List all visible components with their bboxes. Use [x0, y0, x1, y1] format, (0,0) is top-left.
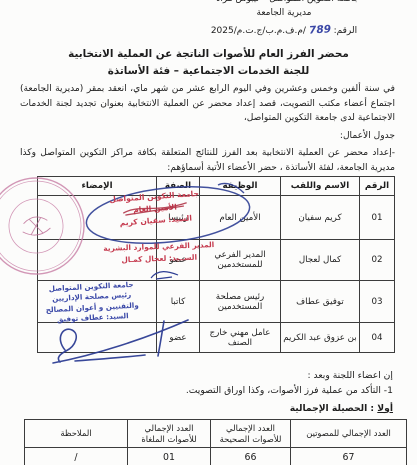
col-header-remark: الملاحظة [25, 420, 128, 448]
member-name: كريم سفيان [281, 196, 360, 240]
member-function: رئيس مصلحة المستخدمين [200, 281, 281, 323]
ref-suffix: /م.ف.م.ب/ج.ت.م/2025 [211, 26, 306, 36]
member-signature-cell [38, 196, 157, 240]
member-signature-cell [38, 323, 157, 353]
member-name: كمال لعجال [281, 240, 360, 281]
member-capacity: عضو [157, 240, 200, 281]
committee-line: إن اعضاء اللجنة وبعد : [24, 369, 393, 383]
member-function: المدير الفرعي للمستخدمين [200, 240, 281, 281]
table-row: 02 كمال لعجال المدير الفرعي للمستخدمين ع… [38, 240, 395, 281]
members-table: الرقم الاسم واللقب الوظيفة الصفة الإمضاء… [37, 176, 395, 353]
header-directorate-line: مديرية الجامعة [165, 7, 403, 21]
member-name: توفيق عطاف [281, 281, 360, 323]
col-header-valid-votes: العدد الإجمالي للأصوات الصحيحة [211, 420, 291, 448]
verification-item: 1- التأكد من عملية فرز الأصوات، وكذا اور… [24, 384, 393, 398]
header-org-line: جامعة التكوين المتواصل – تيبوس مراد – [165, 0, 403, 7]
member-number: 01 [360, 196, 395, 240]
table-row: 04 بن عزوق عبد الكريم عامل مهني خارج الص… [38, 323, 395, 353]
section-label: أولا [377, 403, 393, 414]
body-text: في سنة ألفين وخمس وعشرين وفي اليوم الراب… [20, 82, 395, 175]
section-rest: : الحصيلة الإجمالية [290, 403, 378, 414]
member-signature-cell [38, 240, 157, 281]
col-header-signature: الإمضاء [38, 177, 157, 196]
col-header-capacity: الصفة [157, 177, 200, 196]
section-heading: أولا : الحصيلة الإجمالية [24, 402, 393, 416]
handwritten-ref-number: 789 [308, 21, 332, 38]
totals-table: العدد الإجمالي للمصوتين العدد الإجمالي ل… [24, 419, 407, 465]
scanned-document-page: جامعة التكوين المتواصل – تيبوس مراد – مد… [0, 0, 417, 465]
member-number: 02 [360, 240, 395, 281]
title-line-1: محضر الفرز العام للأصوات الناتجة عن العم… [0, 46, 417, 63]
member-signature-cell [38, 281, 157, 323]
member-capacity: رئيسا [157, 196, 200, 240]
members-table-header-row: الرقم الاسم واللقب الوظيفة الصفة الإمضاء [38, 177, 395, 196]
col-header-function: الوظيفة [200, 177, 281, 196]
ref-label: الرقم: [334, 26, 358, 36]
after-table-text: إن اعضاء اللجنة وبعد : 1- التأكد من عملي… [24, 369, 393, 416]
col-header-name: الاسم واللقب [281, 177, 360, 196]
title-line-2: للجنة الخدمات الاجتماعية – فئة الأساتذة [0, 63, 417, 80]
col-header-number: الرقم [360, 177, 395, 196]
table-row: 01 كريم سفيان الأمين العام رئيسا [38, 196, 395, 240]
total-voters-value: 67 [291, 448, 407, 465]
member-name: بن عزوق عبد الكريم [281, 323, 360, 353]
table-row: 03 توفيق عطاف رئيس مصلحة المستخدمين كاتب… [38, 281, 395, 323]
col-header-cancelled-votes: العدد الإجمالي للأصوات الملغاة [128, 420, 211, 448]
remark-value: / [25, 448, 128, 465]
page-title: محضر الفرز العام للأصوات الناتجة عن العم… [0, 46, 417, 79]
member-number: 03 [360, 281, 395, 323]
totals-value-row: 67 66 01 / [25, 448, 407, 465]
cancelled-votes-value: 01 [128, 448, 211, 465]
intro-paragraph: في سنة ألفين وخمس وعشرين وفي اليوم الراب… [20, 82, 395, 126]
agenda-item: -إعداد محضر عن العملية الانتخابية بعد ال… [20, 146, 395, 175]
agenda-label: جدول الأعمال: [20, 129, 395, 144]
member-function: الأمين العام [200, 196, 281, 240]
member-function: عامل مهني خارج الصنف [200, 323, 281, 353]
col-header-total-voters: العدد الإجمالي للمصوتين [291, 420, 407, 448]
member-capacity: عضو [157, 323, 200, 353]
valid-votes-value: 66 [211, 448, 291, 465]
member-capacity: كاتبا [157, 281, 200, 323]
reference-number-line: الرقم: 789 /م.ف.م.ب/ج.ت.م/2025 [165, 22, 403, 39]
document-header: جامعة التكوين المتواصل – تيبوس مراد – مد… [165, 0, 403, 39]
totals-header-row: العدد الإجمالي للمصوتين العدد الإجمالي ل… [25, 420, 407, 448]
member-number: 04 [360, 323, 395, 353]
